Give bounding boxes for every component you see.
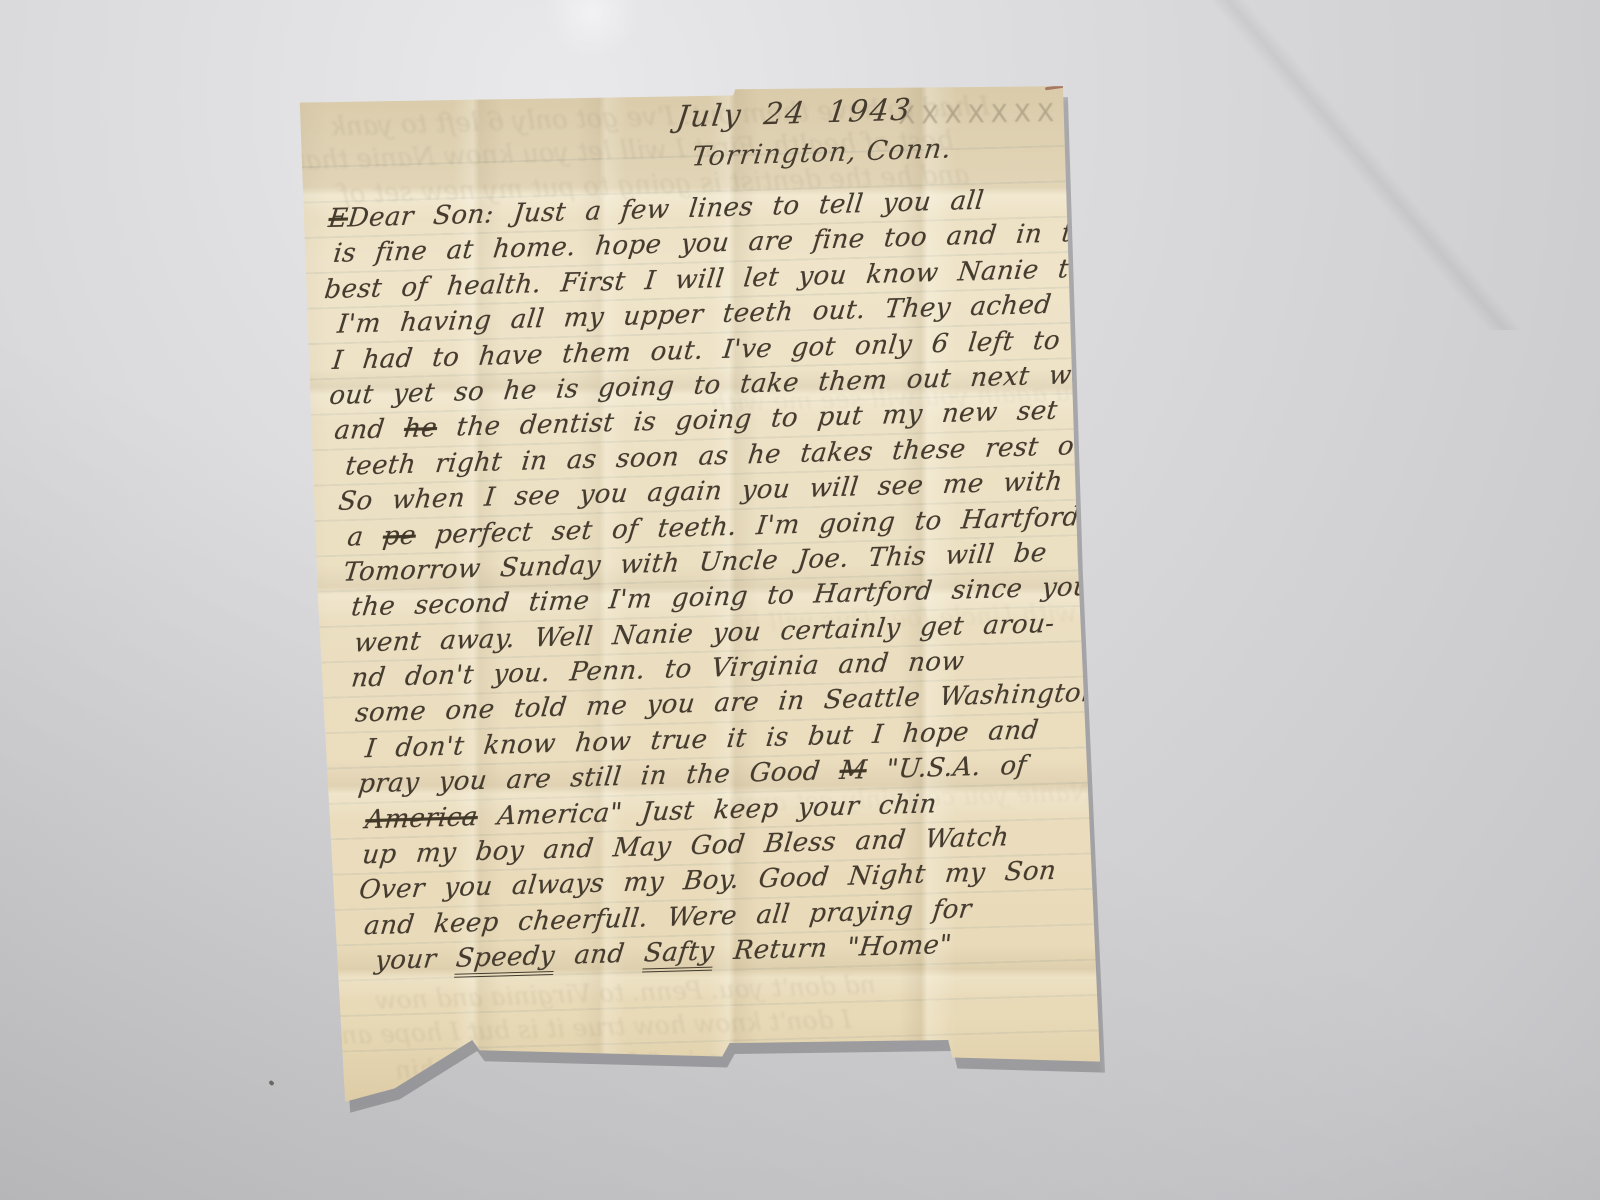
letter-photo: XXXXXXX I had to have them out. I've got… [280, 80, 1105, 1110]
handwriting-text: Return "Home" [713, 930, 954, 967]
letter-paper: XXXXXXX I had to have them out. I've got… [280, 80, 1105, 1110]
handwriting-text: a [346, 521, 385, 552]
letter-body: EDear Son: Just a few lines to tell you … [328, 181, 1094, 980]
crossed-out-word: he [402, 413, 438, 444]
handwriting-text: your [374, 944, 458, 976]
wall-seam-shadow [1140, 0, 1600, 330]
crossed-out-word: pe [381, 520, 417, 551]
corner-stain [1045, 85, 1064, 91]
underlined-word: Speedy [454, 941, 557, 978]
crossed-out-word: M [838, 755, 868, 786]
underlined-word: Safty [642, 937, 716, 973]
photo-canvas: { "scene": { "description": "Photograph … [0, 0, 1600, 1200]
letter-header: July 24 1943 Torrington, Conn. [676, 91, 952, 173]
crossed-out-word: America [364, 802, 480, 835]
letter-date: July 24 1943 [674, 91, 953, 135]
handwriting-text: and [333, 414, 406, 446]
handwriting-text: "U.S.A. of [865, 751, 1028, 786]
letter-place: Torrington, Conn. [690, 133, 954, 172]
handwriting-text: and [553, 939, 646, 972]
wall-speck [268, 1080, 274, 1086]
